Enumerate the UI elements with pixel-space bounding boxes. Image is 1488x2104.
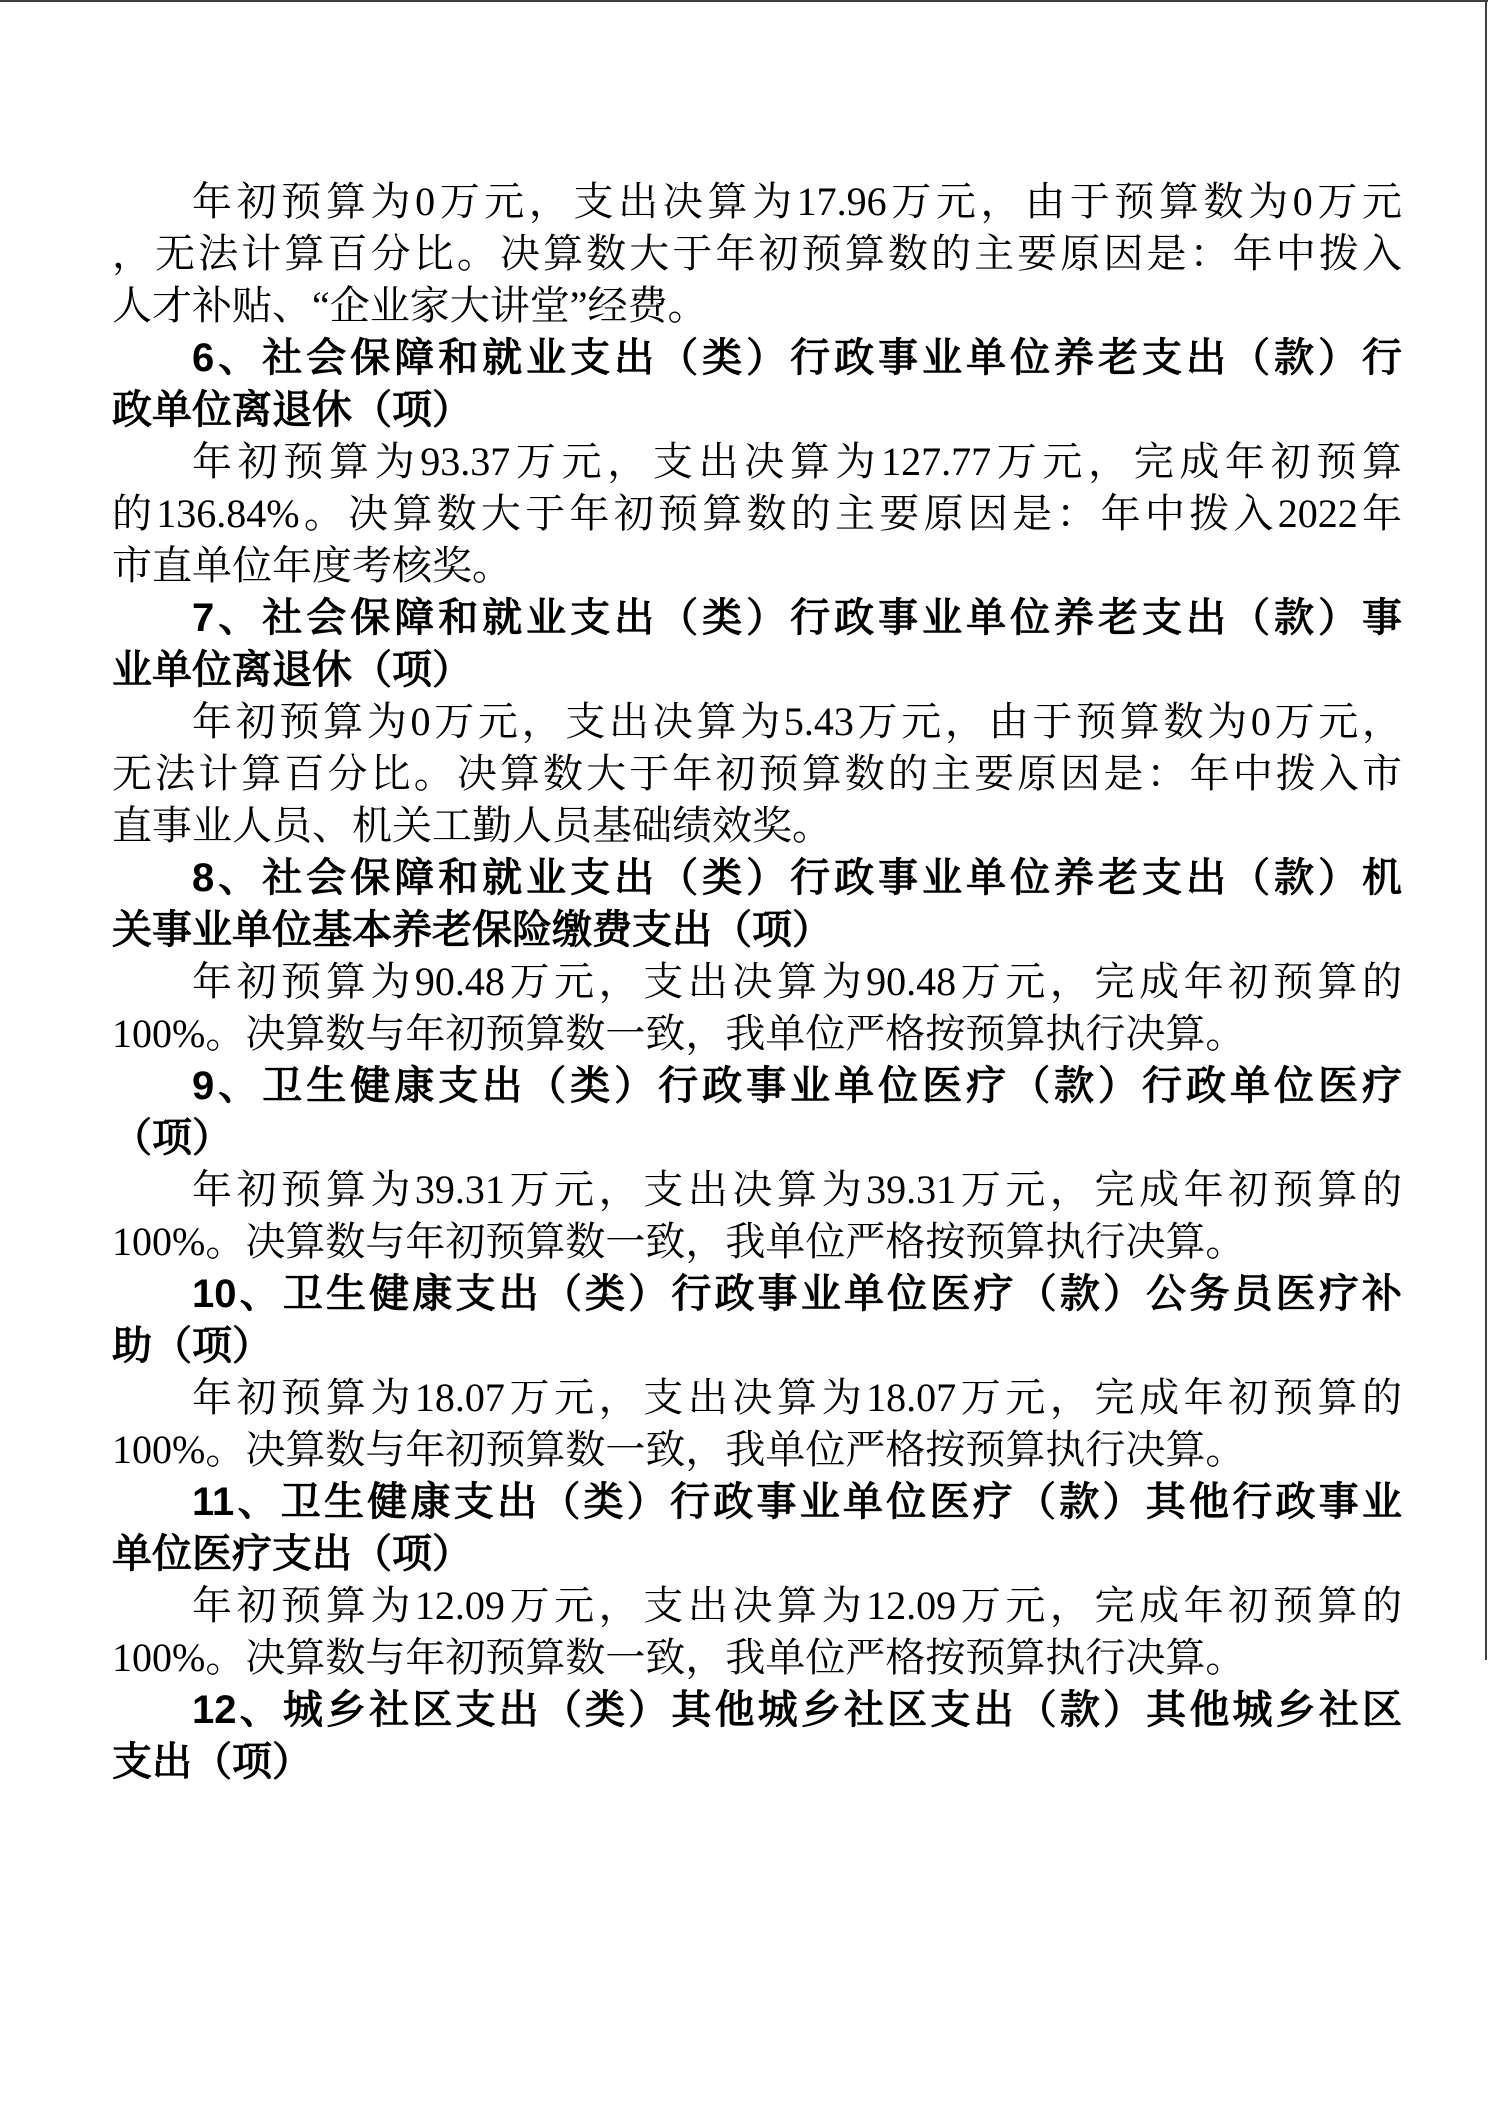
text-line: 年初预算为93.37万元，支出决算为127.77万元，完成年初预算 xyxy=(112,436,1402,488)
section-heading: 7、社会保障和就业支出（类）行政事业单位养老支出（款）事业单位离退休（项） xyxy=(112,592,1402,696)
text-line: ，无法计算百分比。决算数大于年初预算数的主要原因是：年中拨入 xyxy=(112,228,1402,280)
text-line: 直事业人员、机关工勤人员基础绩效奖。 xyxy=(112,800,1402,852)
body-paragraph: 年初预算为12.09万元，支出决算为12.09万元，完成年初预算的100%。决算… xyxy=(112,1580,1402,1684)
text-line: 100%。决算数与年初预算数一致，我单位严格按预算执行决算。 xyxy=(112,1632,1402,1684)
section-heading: 11、卫生健康支出（类）行政事业单位医疗（款）其他行政事业单位医疗支出（项） xyxy=(112,1476,1402,1580)
text-line: 11、卫生健康支出（类）行政事业单位医疗（款）其他行政事业 xyxy=(112,1476,1402,1528)
text-line: 业单位离退休（项） xyxy=(112,644,1402,696)
text-line: 关事业单位基本养老保险缴费支出（项） xyxy=(112,904,1402,956)
body-paragraph: 年初预算为90.48万元，支出决算为90.48万元，完成年初预算的100%。决算… xyxy=(112,956,1402,1060)
text-line: 年初预算为12.09万元，支出决算为12.09万元，完成年初预算的 xyxy=(112,1580,1402,1632)
body-paragraph: 年初预算为93.37万元，支出决算为127.77万元，完成年初预算的136.84… xyxy=(112,436,1402,592)
body-paragraph: 年初预算为39.31万元，支出决算为39.31万元，完成年初预算的100%。决算… xyxy=(112,1164,1402,1268)
text-line: 单位医疗支出（项） xyxy=(112,1528,1402,1580)
text-line: 人才补贴、“企业家大讲堂”经费。 xyxy=(112,280,1402,332)
section-heading: 6、社会保障和就业支出（类）行政事业单位养老支出（款）行政单位离退休（项） xyxy=(112,332,1402,436)
text-line: 100%。决算数与年初预算数一致，我单位严格按预算执行决算。 xyxy=(112,1008,1402,1060)
text-line: 支出（项） xyxy=(112,1736,1402,1788)
text-line: 无法计算百分比。决算数大于年初预算数的主要原因是：年中拨入市 xyxy=(112,748,1402,800)
page-top-border xyxy=(0,0,1488,2)
text-line: 年初预算为0万元，支出决算为17.96万元，由于预算数为0万元 xyxy=(112,176,1402,228)
body-paragraph: 年初预算为0万元，支出决算为17.96万元，由于预算数为0万元，无法计算百分比。… xyxy=(112,176,1402,332)
section-heading: 9、卫生健康支出（类）行政事业单位医疗（款）行政单位医疗（项） xyxy=(112,1060,1402,1164)
text-line: 100%。决算数与年初预算数一致，我单位严格按预算执行决算。 xyxy=(112,1216,1402,1268)
text-line: 年初预算为18.07万元，支出决算为18.07万元，完成年初预算的 xyxy=(112,1372,1402,1424)
text-line: 8、社会保障和就业支出（类）行政事业单位养老支出（款）机 xyxy=(112,852,1402,904)
text-line: 年初预算为0万元，支出决算为5.43万元，由于预算数为0万元， xyxy=(112,696,1402,748)
body-paragraph: 年初预算为18.07万元，支出决算为18.07万元，完成年初预算的100%。决算… xyxy=(112,1372,1402,1476)
section-heading: 8、社会保障和就业支出（类）行政事业单位养老支出（款）机关事业单位基本养老保险缴… xyxy=(112,852,1402,956)
text-line: （项） xyxy=(112,1112,1402,1164)
text-line: 6、社会保障和就业支出（类）行政事业单位养老支出（款）行 xyxy=(112,332,1402,384)
document-page: 年初预算为0万元，支出决算为17.96万元，由于预算数为0万元，无法计算百分比。… xyxy=(0,0,1488,2104)
document-content: 年初预算为0万元，支出决算为17.96万元，由于预算数为0万元，无法计算百分比。… xyxy=(112,176,1402,1788)
body-paragraph: 年初预算为0万元，支出决算为5.43万元，由于预算数为0万元，无法计算百分比。决… xyxy=(112,696,1402,852)
text-line: 年初预算为39.31万元，支出决算为39.31万元，完成年初预算的 xyxy=(112,1164,1402,1216)
text-line: 政单位离退休（项） xyxy=(112,384,1402,436)
section-heading: 10、卫生健康支出（类）行政事业单位医疗（款）公务员医疗补助（项） xyxy=(112,1268,1402,1372)
text-line: 市直单位年度考核奖。 xyxy=(112,540,1402,592)
text-line: 的136.84%。决算数大于年初预算数的主要原因是：年中拨入2022年 xyxy=(112,488,1402,540)
text-line: 10、卫生健康支出（类）行政事业单位医疗（款）公务员医疗补 xyxy=(112,1268,1402,1320)
text-line: 年初预算为90.48万元，支出决算为90.48万元，完成年初预算的 xyxy=(112,956,1402,1008)
page-right-border xyxy=(1485,0,1487,1660)
text-line: 助（项） xyxy=(112,1320,1402,1372)
section-heading: 12、城乡社区支出（类）其他城乡社区支出（款）其他城乡社区支出（项） xyxy=(112,1684,1402,1788)
text-line: 12、城乡社区支出（类）其他城乡社区支出（款）其他城乡社区 xyxy=(112,1684,1402,1736)
text-line: 100%。决算数与年初预算数一致，我单位严格按预算执行决算。 xyxy=(112,1424,1402,1476)
text-line: 7、社会保障和就业支出（类）行政事业单位养老支出（款）事 xyxy=(112,592,1402,644)
text-line: 9、卫生健康支出（类）行政事业单位医疗（款）行政单位医疗 xyxy=(112,1060,1402,1112)
